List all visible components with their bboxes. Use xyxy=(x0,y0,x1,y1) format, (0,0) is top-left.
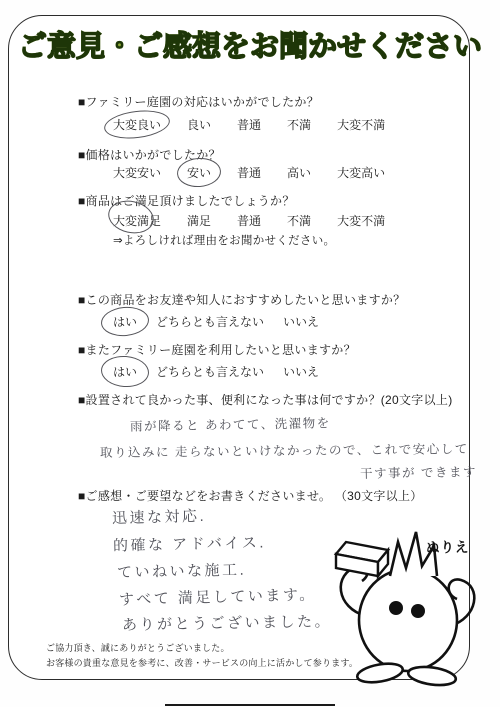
handwritten-answer-line: 迅速な対応. xyxy=(112,505,207,528)
page-title: ご意見・ご感想をお聞かせください xyxy=(0,24,500,65)
question-3-label: ■商品はご満足頂けましたでしょうか？ xyxy=(78,192,295,209)
mascot-eye-right xyxy=(411,604,425,618)
scan-edge-artifact xyxy=(165,704,335,706)
option-label: 大変高い xyxy=(337,164,385,181)
option-label: 満足 xyxy=(187,212,211,229)
option-label: 安い xyxy=(187,166,211,180)
option-label: 良い xyxy=(187,116,211,133)
option-label: 不満 xyxy=(287,212,311,229)
option-selected: 安い xyxy=(187,164,211,181)
option-selected: 大変良い xyxy=(113,116,161,133)
option-label: どちらとも言えない xyxy=(156,363,264,380)
option-label: はい xyxy=(113,315,137,329)
question-3-options: 大変満足 満足 普通 不満 大変不満 xyxy=(113,212,385,229)
option-selected: 大変満足 xyxy=(113,212,161,229)
option-label: 大変不満 xyxy=(337,212,385,229)
option-label: いいえ xyxy=(283,363,319,380)
handwritten-answer-line: ありがとうございました。 xyxy=(122,610,332,635)
question-5-options: はい どちらとも言えない いいえ xyxy=(113,363,319,380)
mascot-label: ぬりえ xyxy=(426,536,470,556)
option-label: 不満 xyxy=(287,116,311,133)
question-4-label: ■この商品をお友達や知人におすすめしたいと思いますか？ xyxy=(78,291,405,308)
option-label: 普通 xyxy=(237,116,261,133)
option-label: 普通 xyxy=(237,164,261,181)
option-label: 普通 xyxy=(237,212,261,229)
handwritten-answer-line: 的確な アドバイス. xyxy=(113,531,266,555)
handwritten-answer-line: 雨が降ると あわてて、洗濯物を xyxy=(130,413,331,435)
question-4-options: はい どちらとも言えない いいえ xyxy=(113,313,319,330)
question-6-label: ■設置されて良かった事、便利になった事は何ですか？(20文字以上) xyxy=(78,391,453,408)
option-label: どちらとも言えない xyxy=(156,313,264,330)
option-label: はい xyxy=(113,365,137,379)
mascot-foot-right xyxy=(407,664,457,687)
option-label: 高い xyxy=(287,164,311,181)
question-3-note: ⇒よろしければ理由をお聞かせください。 xyxy=(113,232,335,248)
footer-improvement-line: お客様の貴重な意見を参考に、改善・サービスの向上に活かして参ります。 xyxy=(46,656,358,669)
mascot-body xyxy=(359,569,457,671)
question-5-label: ■またファミリー庭園を利用したいと思いますか？ xyxy=(78,341,356,358)
question-1-label: ■ファミリー庭園の対応はいかがでしたか？ xyxy=(78,93,319,110)
handwritten-answer-line: 取り込みに 走らないといけなかったので、これで安心して xyxy=(100,439,469,461)
option-label: 大変不満 xyxy=(337,116,385,133)
scanned-questionnaire-page: ご意見・ご感想をお聞かせください ■ファミリー庭園の対応はいかがでしたか？ 大変… xyxy=(0,0,500,707)
footer-thanks-line: ご協力頂き、誠にありがとうございました。 xyxy=(46,641,230,654)
handwritten-answer-line: 干す事が できます xyxy=(360,462,477,482)
option-selected: はい xyxy=(113,363,137,380)
brick-icon xyxy=(336,542,388,576)
option-label: 大変安い xyxy=(113,164,161,181)
question-2-options: 大変安い 安い 普通 高い 大変高い xyxy=(113,164,385,181)
option-label: 大変良い xyxy=(113,118,161,132)
question-1-options: 大変良い 良い 普通 不満 大変不満 xyxy=(113,116,385,133)
question-2-label: ■価格はいかがでしたか？ xyxy=(78,146,221,163)
handwritten-answer-line: ていねいな施工. xyxy=(117,559,247,583)
question-7-label: ■ご感想・ご要望などをお書きくださいませ。 （30文字以上） xyxy=(78,487,423,504)
option-selected: はい xyxy=(113,313,137,330)
option-label: 大変満足 xyxy=(113,214,161,228)
mascot-foot-left xyxy=(356,661,404,686)
option-label: いいえ xyxy=(283,313,319,330)
mascot-eye-left xyxy=(389,601,403,615)
